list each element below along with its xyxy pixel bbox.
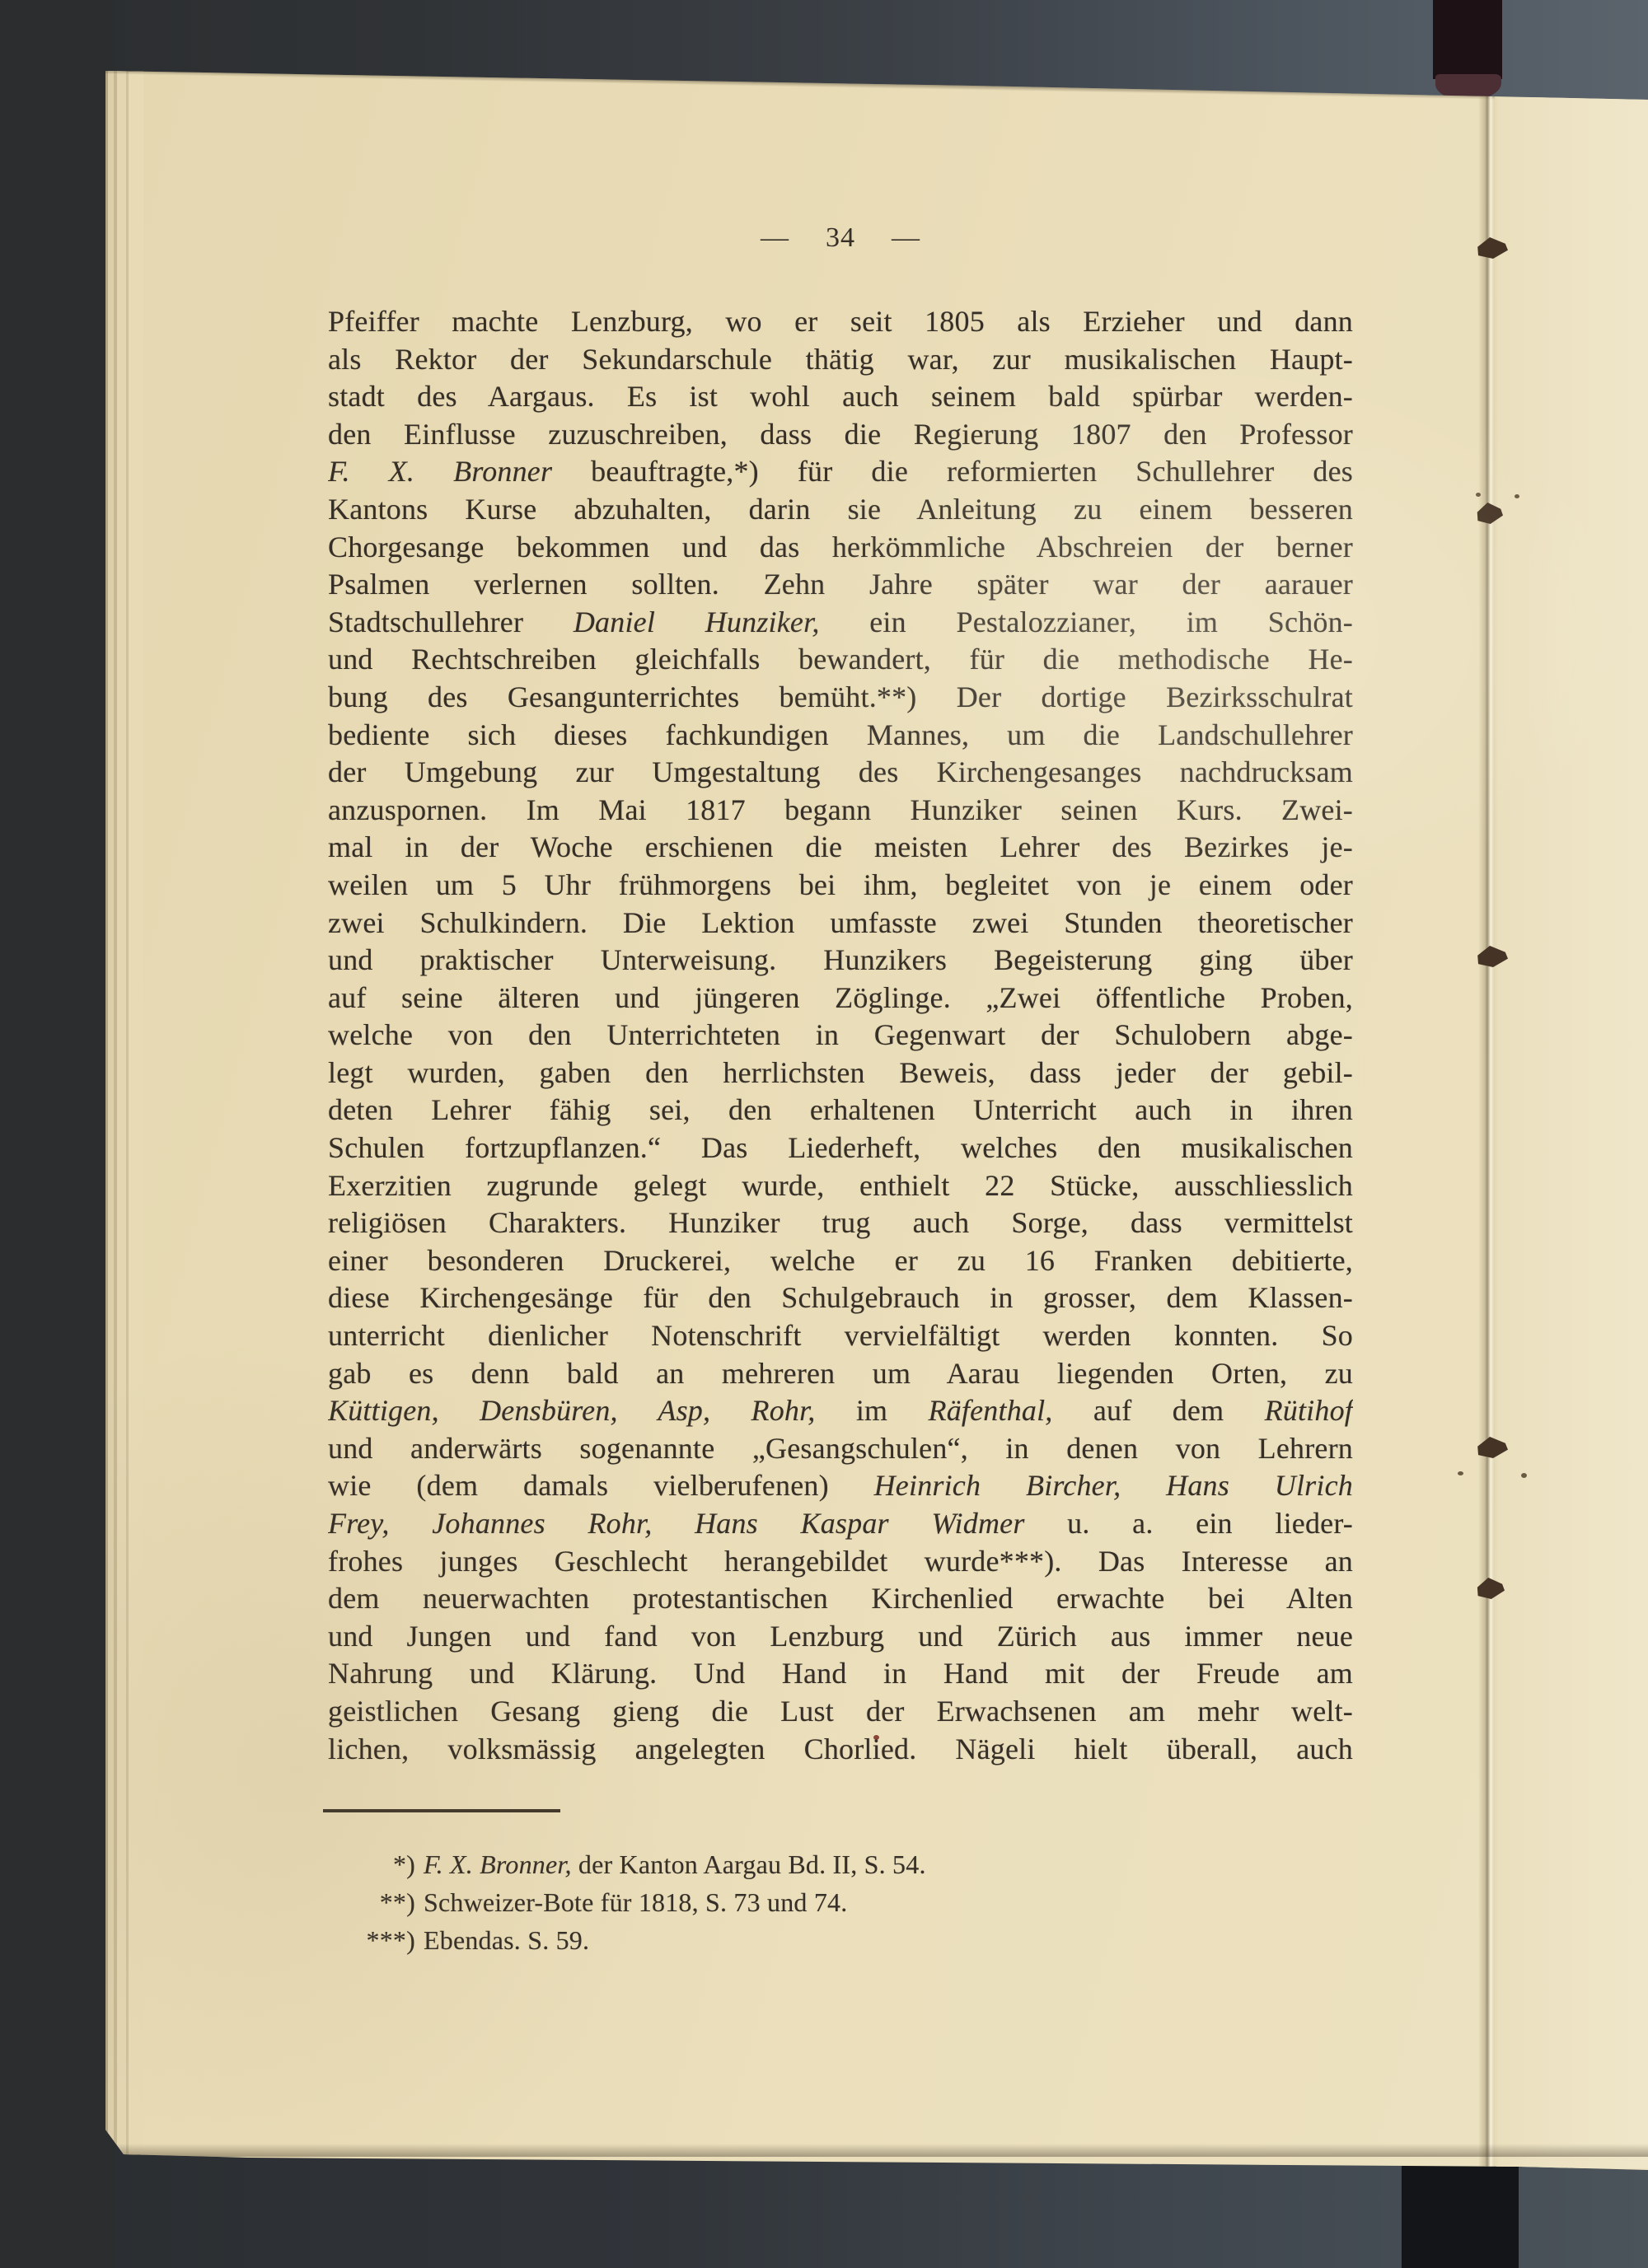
text: u. a. ein lieder- <box>1025 1507 1353 1540</box>
footnote-marker: ***) <box>354 1921 415 1959</box>
body-line: und anderwärts sogenannte „Gesangschulen… <box>328 1430 1353 1468</box>
body-line: lichen, volksmässig angelegten Chorlied.… <box>328 1731 1353 1769</box>
text: einer besonderen Druckerei, welche er zu… <box>328 1244 1353 1277</box>
text: unterricht dienlicher Notenschrift vervi… <box>328 1319 1353 1352</box>
body-line: auf seine älteren und jüngeren Zöglinge.… <box>328 980 1353 1017</box>
body-line: diese Kirchengesänge für den Schulgebrau… <box>328 1279 1353 1317</box>
text: beauftragte,*) für die reformierten Schu… <box>552 455 1353 488</box>
text: und Jungen und fand von Lenzburg und Zür… <box>328 1620 1353 1653</box>
page-header: — 34 — <box>328 222 1353 254</box>
text: Kantons Kurse abzuhalten, darin sie Anle… <box>328 493 1353 526</box>
text: geistlichen Gesang gieng die Lust der Er… <box>328 1695 1353 1728</box>
text: dem neuerwachten protestantischen Kirche… <box>328 1582 1353 1615</box>
bookmark-ribbon-top <box>1433 0 1502 79</box>
text: bediente sich dieses fachkundigen Mannes… <box>328 718 1353 751</box>
body-line: Nahrung und Klärung. Und Hand in Hand mi… <box>328 1655 1353 1693</box>
text: wie (dem damals vielberufenen) <box>328 1469 874 1502</box>
text: der Kanton Aargau Bd. II, S. 54. <box>572 1849 926 1879</box>
body-line: Stadtschullehrer Daniel Hunziker, ein Pe… <box>328 604 1353 642</box>
body-line: dem neuerwachten protestantischen Kirche… <box>328 1580 1353 1618</box>
body-line: und praktischer Unterweisung. Hunzikers … <box>328 942 1353 980</box>
scanned-book-photo: { "document": { "page_number": "34", "he… <box>0 0 1648 2268</box>
footnotes-block: *)F. X. Bronner, der Kanton Aargau Bd. I… <box>354 1845 1426 1959</box>
text: Chorgesange bekommen und das herkömmlich… <box>328 531 1353 563</box>
body-line: gab es denn bald an mehreren um Aarau li… <box>328 1355 1353 1393</box>
footnote-marker: **) <box>354 1883 415 1921</box>
text: der Umgebung zur Umgestaltung des Kirche… <box>328 755 1353 788</box>
text: deten Lehrer fähig sei, den erhaltenen U… <box>328 1093 1353 1126</box>
body-line: Exerzitien zugrunde gelegt wurde, enthie… <box>328 1167 1353 1205</box>
text: Exerzitien zugrunde gelegt wurde, enthie… <box>328 1169 1353 1202</box>
body-line: Küttigen, Densbüren, Asp, Rohr, im Räfen… <box>328 1392 1353 1430</box>
body-line: F. X. Bronner beauftragte,*) für die ref… <box>328 453 1353 491</box>
body-line: und Rechtschreiben gleichfalls bewandert… <box>328 641 1353 679</box>
footnote-text: F. X. Bronner, der Kanton Aargau Bd. II,… <box>424 1845 926 1883</box>
italic-text: Heinrich Bircher, Hans Ulrich <box>874 1469 1353 1502</box>
text: und praktischer Unterweisung. Hunzikers … <box>328 943 1353 976</box>
body-line: welche von den Unterrichteten in Gegenwa… <box>328 1017 1353 1055</box>
footnote-rule <box>323 1809 560 1812</box>
text: und Rechtschreiben gleichfalls bewandert… <box>328 643 1353 676</box>
text: stadt des Aargaus. Es ist wohl auch sein… <box>328 380 1353 413</box>
body-line: stadt des Aargaus. Es ist wohl auch sein… <box>328 378 1353 416</box>
body-line: Kantons Kurse abzuhalten, darin sie Anle… <box>328 491 1353 529</box>
text: frohes junges Geschlecht herangebildet w… <box>328 1545 1353 1578</box>
body-line: religiösen Charakters. Hunziker trug auc… <box>328 1204 1353 1242</box>
body-line: den Einflusse zuzuschreiben, dass die Re… <box>328 416 1353 454</box>
text: bung des Gesangunterrichtes bemüht.**) D… <box>328 680 1353 713</box>
italic-text: Küttigen, Densbüren, Asp, Rohr, <box>328 1394 816 1427</box>
text: welche von den Unterrichteten in Gegenwa… <box>328 1018 1353 1051</box>
text: Pfeiffer machte Lenzburg, wo er seit 180… <box>328 305 1353 338</box>
text: Schweizer-Bote für 1818, S. 73 und 74. <box>424 1887 847 1917</box>
text: anzuspornen. Im Mai 1817 begann Hunziker… <box>328 793 1353 826</box>
italic-text: F. X. Bronner, <box>424 1849 572 1879</box>
body-line: als Rektor der Sekundarschule thätig war… <box>328 341 1353 379</box>
adjacent-page-edge <box>1496 97 1648 2168</box>
text: als Rektor der Sekundarschule thätig war… <box>328 343 1353 376</box>
text: Ebendas. S. 59. <box>424 1925 589 1955</box>
body-line: zwei Schulkindern. Die Lektion umfasste … <box>328 905 1353 942</box>
text: lichen, volksmässig angelegten Chorlied.… <box>328 1733 1353 1765</box>
footnote-text: Ebendas. S. 59. <box>424 1921 589 1959</box>
text: Schulen fortzupflanzen.“ Das Liederheft,… <box>328 1131 1353 1164</box>
body-line: Frey, Johannes Rohr, Hans Kaspar Widmer … <box>328 1505 1353 1543</box>
body-text-block: Pfeiffer machte Lenzburg, wo er seit 180… <box>328 303 1353 1768</box>
body-line: weilen um 5 Uhr frühmorgens bei ihm, beg… <box>328 867 1353 905</box>
book-page: — 34 — Pfeiffer machte Lenzburg, wo er s… <box>0 0 1648 2268</box>
body-line: und Jungen und fand von Lenzburg und Zür… <box>328 1618 1353 1656</box>
text: im <box>816 1394 929 1427</box>
text: Psalmen verlernen sollten. Zehn Jahre sp… <box>328 568 1353 601</box>
body-line: wie (dem damals vielberufenen) Heinrich … <box>328 1467 1353 1505</box>
italic-text: Rütihof <box>1265 1394 1353 1427</box>
text: gab es denn bald an mehreren um Aarau li… <box>328 1357 1353 1390</box>
page-edge-stack <box>105 71 143 2155</box>
footnote-line: **)Schweizer-Bote für 1818, S. 73 und 74… <box>354 1883 1426 1921</box>
paper-speck <box>1515 494 1519 498</box>
body-line: mal in der Woche erschienen die meisten … <box>328 829 1353 867</box>
footnote-text: Schweizer-Bote für 1818, S. 73 und 74. <box>424 1883 847 1921</box>
text: mal in der Woche erschienen die meisten … <box>328 830 1353 863</box>
text: Nahrung und Klärung. Und Hand in Hand mi… <box>328 1657 1353 1690</box>
body-line: der Umgebung zur Umgestaltung des Kirche… <box>328 754 1353 792</box>
binding-gutter-crease <box>1478 96 1498 2168</box>
text: den Einflusse zuzuschreiben, dass die Re… <box>328 418 1353 451</box>
italic-text: F. X. Bronner <box>328 455 552 488</box>
body-line: Psalmen verlernen sollten. Zehn Jahre sp… <box>328 566 1353 604</box>
italic-text: Frey, Johannes Rohr, Hans Kaspar Widmer <box>328 1507 1025 1540</box>
body-line: frohes junges Geschlecht herangebildet w… <box>328 1543 1353 1581</box>
body-line: einer besonderen Druckerei, welche er zu… <box>328 1242 1353 1280</box>
body-line: bung des Gesangunterrichtes bemüht.**) D… <box>328 679 1353 717</box>
body-line: deten Lehrer fähig sei, den erhaltenen U… <box>328 1092 1353 1129</box>
body-line: anzuspornen. Im Mai 1817 begann Hunziker… <box>328 792 1353 830</box>
text: diese Kirchengesänge für den Schulgebrau… <box>328 1281 1353 1314</box>
text: auf seine älteren und jüngeren Zöglinge.… <box>328 981 1353 1014</box>
body-line: geistlichen Gesang gieng die Lust der Er… <box>328 1693 1353 1731</box>
paper-speck <box>1458 1471 1463 1475</box>
paper-speck <box>1476 493 1481 497</box>
body-line: Schulen fortzupflanzen.“ Das Liederheft,… <box>328 1129 1353 1167</box>
text: und anderwärts sogenannte „Gesangschulen… <box>328 1432 1353 1465</box>
text: auf dem <box>1053 1394 1265 1427</box>
header-dash-right: — <box>892 222 920 254</box>
footnote-marker: *) <box>354 1845 415 1883</box>
italic-text: Daniel Hunziker, <box>574 606 820 638</box>
photo-background-left <box>0 0 115 2268</box>
body-line: unterricht dienlicher Notenschrift vervi… <box>328 1317 1353 1355</box>
footnote-line: ***)Ebendas. S. 59. <box>354 1921 1426 1959</box>
text: weilen um 5 Uhr frühmorgens bei ihm, beg… <box>328 868 1353 901</box>
body-line: Pfeiffer machte Lenzburg, wo er seit 180… <box>328 303 1353 341</box>
text: religiösen Charakters. Hunziker trug auc… <box>328 1206 1353 1239</box>
text: ein Pestalozzianer, im Schön- <box>820 606 1353 638</box>
body-line: bediente sich dieses fachkundigen Mannes… <box>328 717 1353 755</box>
text: zwei Schulkindern. Die Lektion umfasste … <box>328 906 1353 939</box>
paper-speck <box>1521 1473 1527 1478</box>
bookmark-ribbon-bottom <box>1402 2165 1519 2268</box>
body-line: legt wurden, gaben den herrlichsten Bewe… <box>328 1055 1353 1092</box>
body-line: Chorgesange bekommen und das herkömmlich… <box>328 529 1353 567</box>
header-dash-left: — <box>761 222 789 254</box>
text: Stadtschullehrer <box>328 606 574 638</box>
page-bottom-edge-shadow <box>107 2144 1648 2157</box>
text: legt wurden, gaben den herrlichsten Bewe… <box>328 1056 1353 1089</box>
page-number: 34 <box>826 222 855 254</box>
italic-text: Räfenthal, <box>929 1394 1053 1427</box>
footnote-line: *)F. X. Bronner, der Kanton Aargau Bd. I… <box>354 1845 1426 1883</box>
